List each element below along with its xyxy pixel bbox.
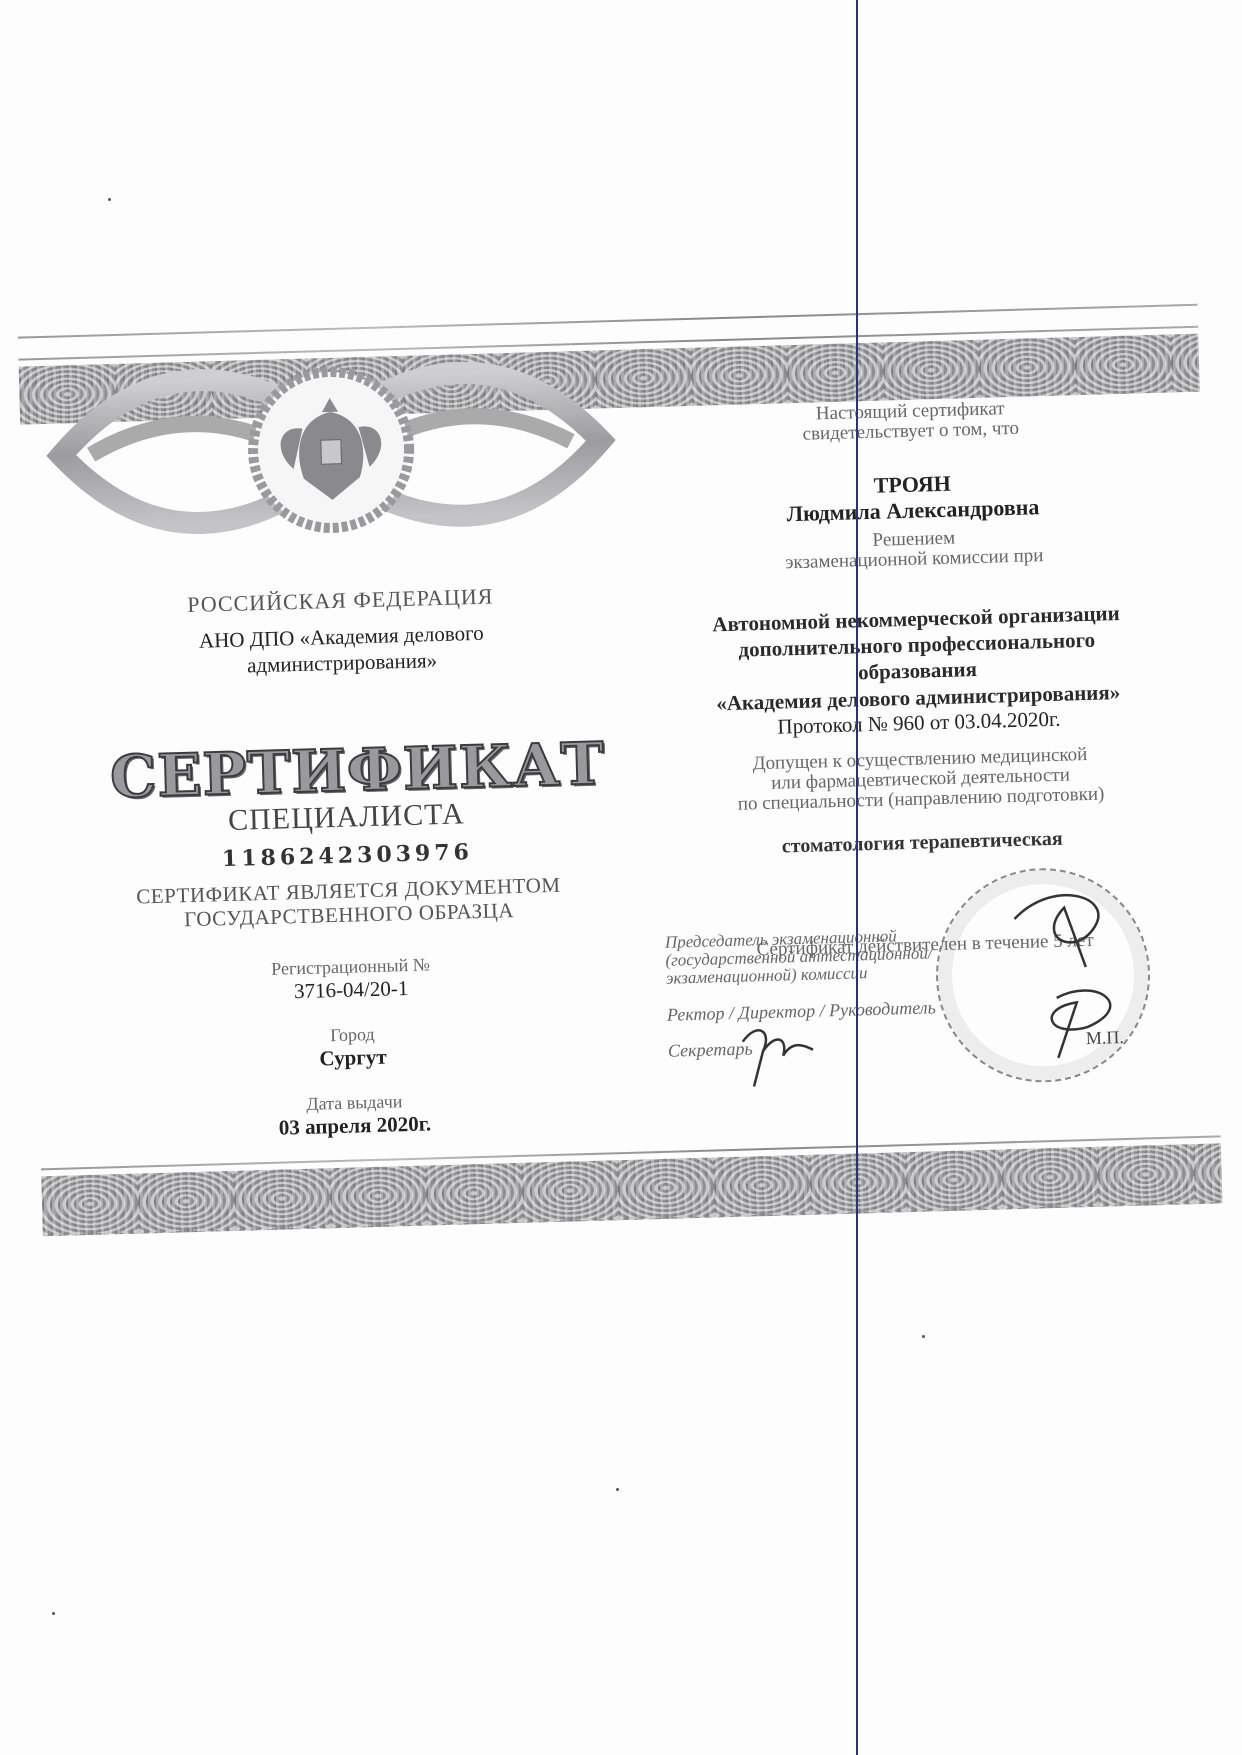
secretary-signature-icon [737,1020,819,1092]
certificate-number: 1186242303976 [112,836,583,875]
scan-speck [616,1488,619,1491]
scan-speck [52,1612,55,1615]
coat-of-arms-ornament-icon [28,320,634,567]
left-panel: РОССИЙСКАЯ ФЕДЕРАЦИЯ АНО ДПО «Академия д… [105,581,590,1145]
scan-speck [108,198,111,201]
country-name: РОССИЙСКАЯ ФЕДЕРАЦИЯ [105,581,576,620]
scan-speck [922,1335,925,1338]
scan-fold-line [856,0,858,1755]
bottom-guilloche-band [41,1143,1222,1236]
specialty: стоматология терапевтическая [662,824,1182,862]
certificate: РОССИЙСКАЯ ФЕДЕРАЦИЯ АНО ДПО «Академия д… [17,274,1223,1257]
chair-signature-icon [993,875,1148,1069]
certificate-title: СЕРТИФИКАТ [109,730,581,811]
